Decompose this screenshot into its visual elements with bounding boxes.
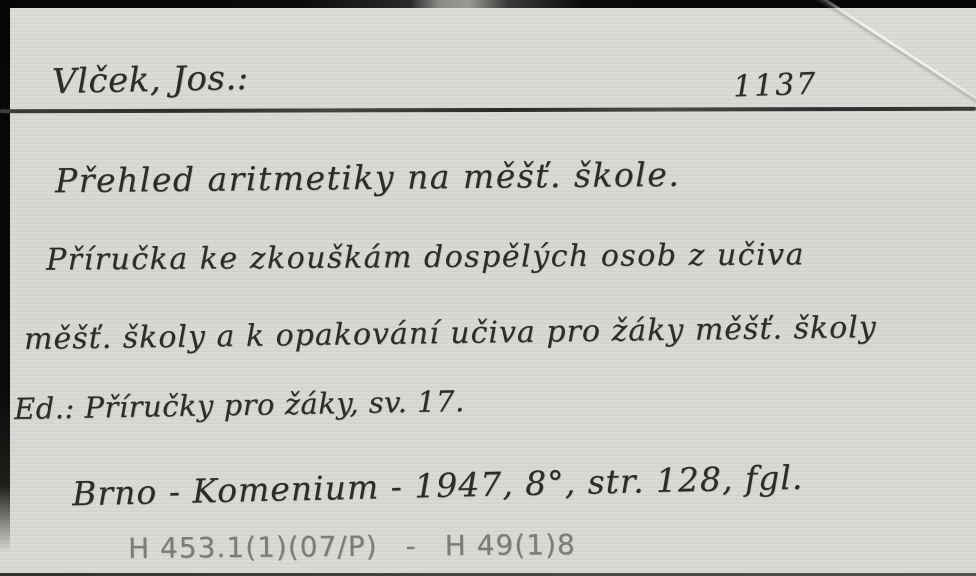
title-line: Přehled aritmetiky na měšť. škole.: [55, 155, 681, 201]
header-rule-line: [0, 107, 976, 114]
series-note: Ed.: Příručky pro žáky, sv. 17.: [14, 384, 465, 426]
subtitle-line-2: měšť. školy a k opakování učiva pro žáky…: [24, 310, 877, 357]
card-number: 1137: [732, 67, 818, 105]
call-number-left: H 453.1(1)(07/P): [128, 530, 378, 565]
catalog-card-scan: Vlček, Jos.: 1137 Přehled aritmetiky na …: [0, 0, 976, 576]
subtitle-line-1: Příručka ke zkouškám dospělých osob z uč…: [46, 237, 805, 277]
call-number-line: H 453.1(1)(07/P)-H 49(1)8: [128, 528, 576, 565]
call-number-right: H 49(1)8: [445, 528, 576, 562]
call-number-separator: -: [405, 529, 416, 562]
author-heading: Vlček, Jos.:: [52, 58, 249, 102]
imprint-line: Brno - Komenium - 1947, 8°, str. 128, fg…: [72, 458, 804, 514]
scan-edge-left: [0, 0, 10, 552]
paper-crease: [805, 0, 976, 114]
